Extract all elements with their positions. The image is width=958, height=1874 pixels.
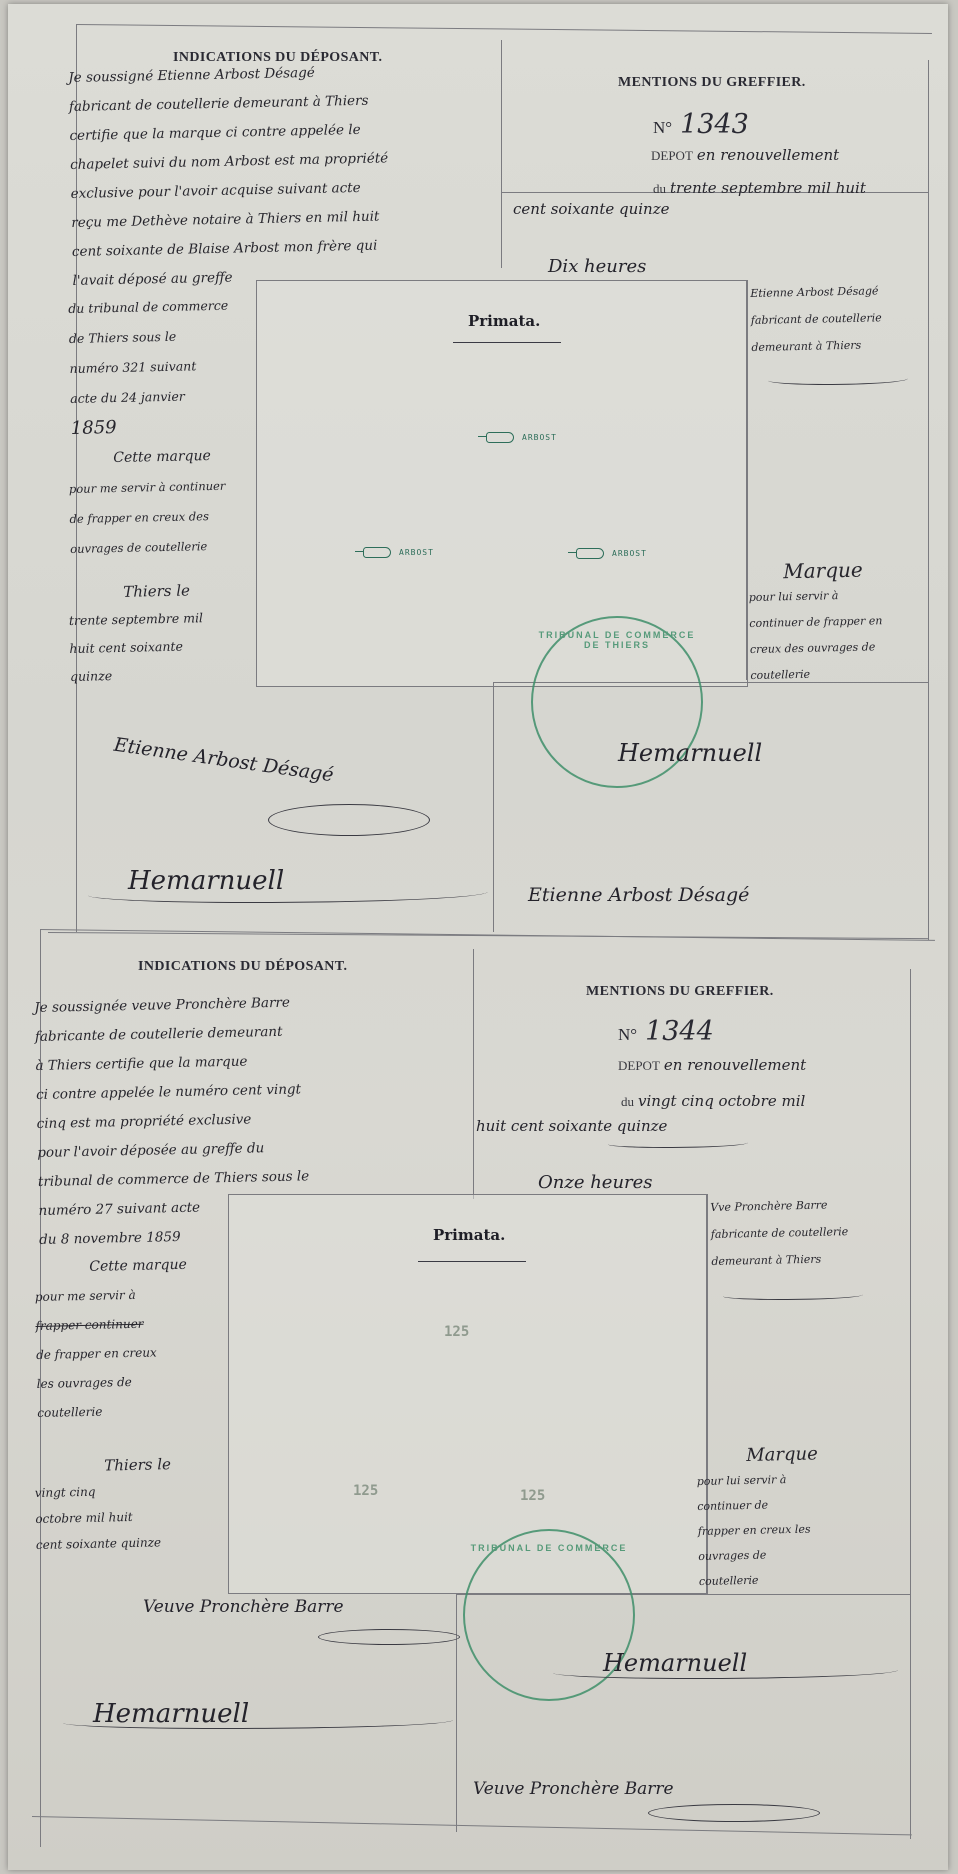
line: Thiers le	[68, 576, 203, 607]
signature-underline	[63, 1714, 453, 1729]
hour-text: Onze heures	[538, 1172, 653, 1193]
greffier-marque-text: Marquepour lui servir àcontinuer de frap…	[748, 556, 884, 689]
place-date: Thiers levingt cinqoctobre mil huitcent …	[34, 1451, 173, 1558]
line: pour me servir à continuer	[69, 471, 226, 504]
date-text: vingt cinq octobre mil	[638, 1092, 805, 1110]
date-continuation: cent soixante quinze	[513, 200, 670, 218]
greffier-heading: MENTIONS DU GREFFIER.	[586, 984, 774, 1000]
depot-line: DEPOTen renouvellement	[618, 1056, 806, 1074]
line: huit cent soixante	[69, 632, 204, 663]
column-divider	[473, 949, 474, 1199]
line: numéro 321 suivant	[69, 351, 230, 384]
primata-title: Primata.	[468, 312, 540, 330]
line: pour lui servir à	[749, 582, 883, 611]
entry-number: N°1343	[653, 109, 749, 140]
line: quinze	[70, 660, 205, 691]
stamp-text: TRIBUNAL DE COMMERCE	[465, 1543, 633, 1553]
line: demeurant à Thiers	[711, 1245, 849, 1275]
line: de frapper en creux des	[69, 501, 226, 534]
line: coutellerie	[699, 1566, 821, 1594]
greffier-side-text: Etienne Arbost Désagéfabricant de coutel…	[750, 277, 883, 361]
signature-flourish	[648, 1804, 820, 1822]
line: ouvrages de	[698, 1541, 820, 1569]
line: pour lui servir à	[697, 1466, 819, 1494]
depot-label: DEPOT	[618, 1058, 660, 1073]
line: continuer de	[697, 1491, 819, 1519]
date-text: trente septembre mil huit	[670, 179, 866, 197]
right-column-rule	[746, 280, 747, 680]
line: de Thiers sous le	[69, 321, 230, 354]
line: Cette marque	[34, 1251, 187, 1283]
date-line: duvingt cinq octobre mil	[621, 1092, 805, 1110]
flourish	[608, 1139, 748, 1148]
signature-deposant-right: Veuve Pronchère Barre	[473, 1779, 674, 1799]
number-label: N°	[618, 1025, 637, 1044]
knife-icon	[486, 432, 514, 443]
trademark-stamp: ARBOST	[576, 548, 647, 559]
line: octobre mil huit	[35, 1503, 172, 1532]
line: coutellerie	[750, 660, 884, 689]
number-value: 1343	[680, 109, 749, 140]
primata-title: Primata.	[433, 1226, 505, 1244]
greffier-side-text: Vve Pronchère Barrefabricante de coutell…	[710, 1191, 849, 1275]
line: Thiers le	[34, 1451, 171, 1480]
line: ci contre appelée le numéro cent vingt	[36, 1075, 308, 1110]
flourish	[723, 1291, 863, 1300]
line: Marque	[748, 556, 882, 585]
du-label: du	[621, 1094, 634, 1109]
hour-text: Dix heures	[548, 256, 646, 277]
greffier-marque-text: Marquepour lui servir àcontinuer defrapp…	[696, 1441, 821, 1594]
number-label: N°	[653, 118, 672, 137]
greffier-heading: MENTIONS DU GREFFIER.	[618, 75, 806, 91]
deposant-text: Je soussigné Etienne Arbost Désagéfabric…	[68, 57, 391, 296]
primata-underline	[418, 1261, 526, 1262]
date-continuation: huit cent soixante quinze	[476, 1117, 667, 1135]
line: pour me servir à	[35, 1280, 188, 1312]
marque-text: Cette marquepour me servir àfrapper cont…	[34, 1251, 190, 1428]
line: frapper en creux les	[698, 1516, 820, 1544]
deposant-heading: INDICATIONS DU DÉPOSANT.	[138, 959, 347, 975]
trademark-stamp: ARBOST	[486, 432, 557, 443]
register-page: INDICATIONS DU DÉPOSANT. MENTIONS DU GRE…	[8, 4, 948, 1870]
line: du tribunal de commerce	[68, 291, 229, 324]
deposant-text-cont: du tribunal de commercede Thiers sous le…	[68, 291, 231, 444]
entry-number: N°1344	[618, 1016, 714, 1047]
line: tribunal de commerce de Thiers sous le	[38, 1162, 310, 1197]
date-line: dutrente septembre mil huit	[653, 179, 866, 197]
line: cent soixante quinze	[36, 1529, 173, 1558]
marque-text: Cette marquepour me servir à continuerde…	[68, 441, 227, 564]
line: coutellerie	[37, 1396, 190, 1428]
stamp-text: TRIBUNAL DE COMMERCE DE THIERS	[533, 630, 701, 650]
signature-deposant: Veuve Pronchère Barre	[143, 1597, 344, 1617]
line: de frapper en creux	[36, 1338, 189, 1370]
mark-label: ARBOST	[522, 433, 557, 442]
number-value: 1344	[645, 1016, 714, 1047]
line: Cette marque	[68, 441, 225, 474]
trademark-number: 125	[520, 1488, 545, 1504]
primata-underline	[453, 342, 561, 343]
line: Etienne Arbost Désagé	[750, 277, 881, 307]
line: 1859	[71, 411, 232, 444]
right-rule	[910, 969, 911, 1839]
signature-column-rule	[493, 682, 494, 932]
du-label: du	[653, 181, 666, 196]
knife-icon	[576, 548, 604, 559]
line: fabricante de coutellerie demeurant	[35, 1017, 307, 1052]
line: frapper continuer	[35, 1309, 188, 1341]
trademark-number: 125	[444, 1324, 469, 1340]
column-divider	[501, 40, 502, 268]
depot-line: DEPOTen renouvellement	[651, 146, 839, 164]
trademark-stamp: ARBOST	[363, 547, 434, 558]
mark-label: ARBOST	[399, 548, 434, 557]
depot-label: DEPOT	[651, 148, 693, 163]
signature-flourish	[318, 1629, 460, 1645]
depot-text: en renouvellement	[664, 1056, 806, 1074]
line: Vve Pronchère Barre	[710, 1191, 848, 1221]
line: acte du 24 janvier	[70, 381, 231, 414]
line: fabricant de coutellerie	[751, 304, 882, 334]
signature-underline	[553, 1664, 898, 1679]
primata-box	[228, 1194, 708, 1594]
depot-text: en renouvellement	[697, 146, 839, 164]
line: fabricante de coutellerie	[711, 1218, 849, 1248]
line: les ouvrages de	[36, 1367, 189, 1399]
signature-greffier-right: Hemarnuell	[618, 739, 762, 767]
place-date: Thiers letrente septembre milhuit cent s…	[68, 576, 204, 691]
line: trente septembre mil	[69, 604, 204, 635]
line: demeurant à Thiers	[751, 331, 882, 361]
signature-column-rule	[456, 1594, 457, 1832]
line: continuer de frapper en	[749, 608, 883, 637]
line: ouvrages de coutellerie	[70, 531, 227, 564]
signature-deposant-right: Etienne Arbost Désagé	[528, 884, 749, 906]
signature-flourish	[268, 804, 430, 836]
mark-label: ARBOST	[612, 549, 647, 558]
line: vingt cinq	[35, 1477, 172, 1506]
line: creux des ouvrages de	[750, 634, 884, 663]
line: Marque	[696, 1441, 818, 1469]
trademark-number: 125	[353, 1483, 378, 1499]
knife-icon	[363, 547, 391, 558]
